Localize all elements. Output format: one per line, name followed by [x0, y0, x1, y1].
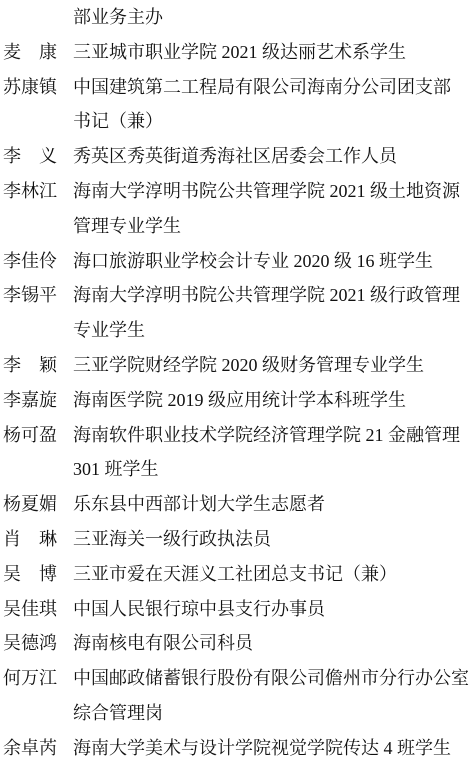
roster-row: 吴德鸿 海南核电有限公司科员 — [0, 626, 474, 661]
person-name: 李佳伶 — [3, 244, 57, 279]
description-line: 三亚海关一级行政执法员 — [73, 522, 474, 557]
roster-row: 李 义 秀英区秀英街道秀海社区居委会工作人员 — [0, 139, 474, 174]
description-line: 海南大学淳明书院公共管理学院 2021 级行政管理 — [73, 278, 474, 313]
person-name: 麦 康 — [3, 35, 57, 70]
person-description: 海南软件职业技术学院经济管理学院 21 金融管理301 班学生 — [73, 418, 474, 488]
person-name: 吴德鸿 — [3, 626, 57, 661]
description-line: 中国邮政储蓄银行股份有限公司儋州市分行办公室 — [73, 661, 474, 696]
person-name: 肖 琳 — [3, 522, 57, 557]
person-name: 李林江 — [3, 174, 57, 209]
description-line: 部业务主办 — [73, 0, 474, 35]
person-name: 李嘉旋 — [3, 383, 57, 418]
description-line: 三亚城市职业学院 2021 级达丽艺术系学生 — [73, 35, 474, 70]
roster-row: 李林江 海南大学淳明书院公共管理学院 2021 级土地资源管理专业学生 — [0, 174, 474, 244]
roster-row: 李 颖 三亚学院财经学院 2020 级财务管理专业学生 — [0, 348, 474, 383]
person-name: 苏康镇 — [3, 70, 57, 105]
roster-row: 李锡平 海南大学淳明书院公共管理学院 2021 级行政管理专业学生 — [0, 278, 474, 348]
description-line: 301 班学生 — [73, 452, 474, 487]
person-description: 三亚市爱在天涯义工社团总支书记（兼） — [73, 557, 474, 592]
roster-row: 吴 博 三亚市爱在天涯义工社团总支书记（兼） — [0, 557, 474, 592]
person-name: 吴佳琪 — [3, 592, 57, 627]
person-description: 海南大学美术与设计学院视觉学院传达 4 班学生 — [73, 731, 474, 765]
person-description: 中国建筑第二工程局有限公司海南分公司团支部书记（兼） — [73, 70, 474, 140]
person-name: 杨可盈 — [3, 418, 57, 453]
description-line: 三亚市爱在天涯义工社团总支书记（兼） — [73, 557, 474, 592]
roster-row: 李嘉旋 海南医学院 2019 级应用统计学本科班学生 — [0, 383, 474, 418]
description-line: 海南核电有限公司科员 — [73, 626, 474, 661]
description-line: 中国人民银行琼中县支行办事员 — [73, 592, 474, 627]
person-description: 海口旅游职业学校会计专业 2020 级 16 班学生 — [73, 244, 474, 279]
person-name: 何万江 — [3, 661, 57, 696]
description-line: 海南大学淳明书院公共管理学院 2021 级土地资源 — [73, 174, 474, 209]
person-description: 海南医学院 2019 级应用统计学本科班学生 — [73, 383, 474, 418]
person-description: 三亚学院财经学院 2020 级财务管理专业学生 — [73, 348, 474, 383]
person-description: 海南大学淳明书院公共管理学院 2021 级土地资源管理专业学生 — [73, 174, 474, 244]
description-line: 海南大学美术与设计学院视觉学院传达 4 班学生 — [73, 731, 474, 765]
description-line: 书记（兼） — [73, 104, 474, 139]
person-description: 海南核电有限公司科员 — [73, 626, 474, 661]
description-line: 海南医学院 2019 级应用统计学本科班学生 — [73, 383, 474, 418]
person-description: 三亚海关一级行政执法员 — [73, 522, 474, 557]
person-name: 李 颖 — [3, 348, 57, 383]
description-line: 秀英区秀英街道秀海社区居委会工作人员 — [73, 139, 474, 174]
person-description: 中国人民银行琼中县支行办事员 — [73, 592, 474, 627]
person-name: 吴 博 — [3, 557, 57, 592]
description-line: 管理专业学生 — [73, 209, 474, 244]
roster-row: 李佳伶 海口旅游职业学校会计专业 2020 级 16 班学生 — [0, 244, 474, 279]
description-line: 乐东县中西部计划大学生志愿者 — [73, 487, 474, 522]
document-page: 部业务主办 麦 康 三亚城市职业学院 2021 级达丽艺术系学生 苏康镇 中国建… — [0, 0, 474, 765]
roster-row: 杨可盈 海南软件职业技术学院经济管理学院 21 金融管理301 班学生 — [0, 418, 474, 488]
roster-row: 吴佳琪 中国人民银行琼中县支行办事员 — [0, 592, 474, 627]
roster-row: 麦 康 三亚城市职业学院 2021 级达丽艺术系学生 — [0, 35, 474, 70]
person-description: 乐东县中西部计划大学生志愿者 — [73, 487, 474, 522]
person-description: 海南大学淳明书院公共管理学院 2021 级行政管理专业学生 — [73, 278, 474, 348]
roster-row: 苏康镇 中国建筑第二工程局有限公司海南分公司团支部书记（兼） — [0, 70, 474, 140]
description-line: 中国建筑第二工程局有限公司海南分公司团支部 — [73, 70, 474, 105]
person-description: 三亚城市职业学院 2021 级达丽艺术系学生 — [73, 35, 474, 70]
description-line: 综合管理岗 — [73, 696, 474, 731]
roster-row: 肖 琳 三亚海关一级行政执法员 — [0, 522, 474, 557]
roster-list: 麦 康 三亚城市职业学院 2021 级达丽艺术系学生 苏康镇 中国建筑第二工程局… — [0, 35, 474, 765]
person-name: 李锡平 — [3, 278, 57, 313]
description-line: 海南软件职业技术学院经济管理学院 21 金融管理 — [73, 418, 474, 453]
description-line: 专业学生 — [73, 313, 474, 348]
person-name: 李 义 — [3, 139, 57, 174]
person-description: 中国邮政储蓄银行股份有限公司儋州市分行办公室综合管理岗 — [73, 661, 474, 731]
description-line: 海口旅游职业学校会计专业 2020 级 16 班学生 — [73, 244, 474, 279]
person-name: 余卓芮 — [3, 731, 57, 765]
description-line: 三亚学院财经学院 2020 级财务管理专业学生 — [73, 348, 474, 383]
carryover-row: 部业务主办 — [0, 0, 474, 35]
roster-row: 何万江 中国邮政储蓄银行股份有限公司儋州市分行办公室综合管理岗 — [0, 661, 474, 731]
roster-row: 余卓芮 海南大学美术与设计学院视觉学院传达 4 班学生 — [0, 731, 474, 765]
roster-row: 杨夏媚 乐东县中西部计划大学生志愿者 — [0, 487, 474, 522]
person-description: 部业务主办 — [73, 0, 474, 35]
person-description: 秀英区秀英街道秀海社区居委会工作人员 — [73, 139, 474, 174]
person-name: 杨夏媚 — [3, 487, 57, 522]
